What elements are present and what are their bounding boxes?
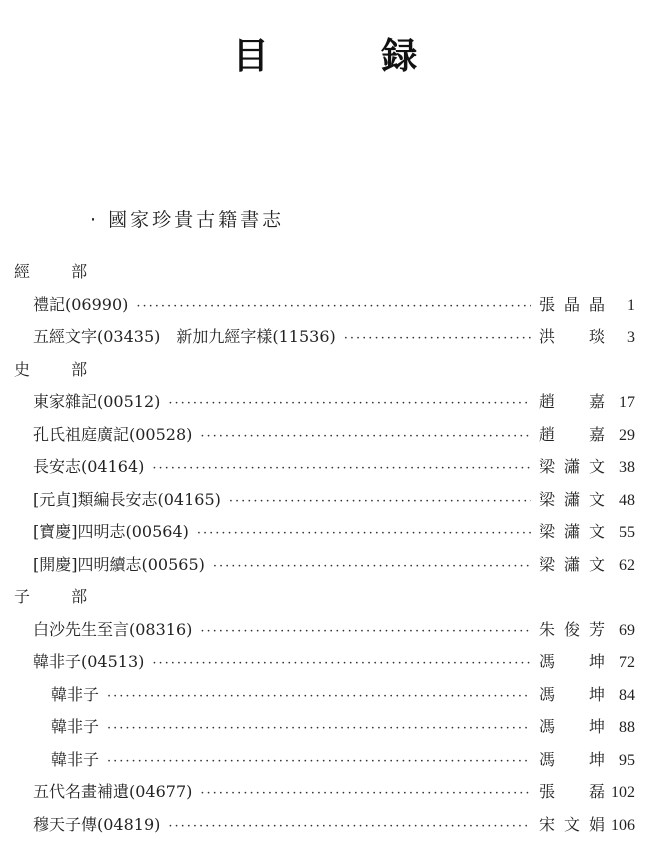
- entry-title: 韓非子: [51, 744, 99, 777]
- toc-entry[interactable]: 孔氏祖庭廣記(00528) 趙 嘉 29: [0, 419, 650, 452]
- entry-author: 馮 坤: [539, 744, 605, 777]
- entry-author: 洪 琰: [539, 321, 605, 354]
- dot-leader: [107, 681, 531, 714]
- entry-author: 馮 坤: [539, 646, 605, 679]
- section-heading-zi: 子 部: [0, 581, 650, 614]
- entry-author: 梁瀟文: [539, 451, 605, 484]
- entry-title: 五代名畫補遺(04677): [33, 776, 192, 809]
- dot-leader: [229, 486, 531, 519]
- toc-subentry[interactable]: 韓非子 馮 坤 88: [0, 711, 650, 744]
- toc-entry[interactable]: 長安志(04164) 梁瀟文 38: [0, 451, 650, 484]
- toc-entry[interactable]: 五代名畫補遺(04677) 張 磊 102: [0, 776, 650, 809]
- toc-entry[interactable]: 五經文字(03435) 新加九經字樣(11536) 洪 琰 3: [0, 321, 650, 354]
- entry-title: 長安志(04164): [33, 451, 144, 484]
- dot-leader: [107, 746, 531, 779]
- dot-leader: [107, 713, 531, 746]
- entry-title: 東家雜記(00512): [33, 386, 160, 419]
- entry-author: 朱俊芳: [539, 614, 605, 647]
- entry-title: 韓非子(04513): [33, 646, 144, 679]
- entry-title: 禮記(06990): [33, 289, 128, 322]
- page-title: 目 録: [0, 28, 650, 79]
- toc-entry[interactable]: [寶慶]四明志(00564) 梁瀟文 55: [0, 516, 650, 549]
- section-heading-shi: 史 部: [0, 354, 650, 387]
- entry-title: [開慶]四明續志(00565): [33, 549, 205, 582]
- entry-page: 3: [605, 322, 635, 355]
- dot-leader: [168, 388, 531, 421]
- toc-subentry[interactable]: 韓非子 馮 坤 95: [0, 744, 650, 777]
- entry-page: 84: [605, 680, 635, 713]
- entry-title: 韓非子: [51, 679, 99, 712]
- entry-author: 梁瀟文: [539, 516, 605, 549]
- entry-page: 48: [605, 485, 635, 518]
- entry-page: 72: [605, 647, 635, 680]
- section-heading-jing: 經 部: [0, 256, 650, 289]
- dot-leader: [200, 778, 531, 811]
- toc-entry[interactable]: 穆天子傳(04819) 宋文娟 106: [0, 809, 650, 842]
- dot-leader: [197, 518, 531, 551]
- entry-page: 38: [605, 452, 635, 485]
- dot-leader: [152, 648, 531, 681]
- entry-page: 29: [605, 420, 635, 453]
- toc-entry[interactable]: 東家雜記(00512) 趙 嘉 17: [0, 386, 650, 419]
- entry-page: 88: [605, 712, 635, 745]
- entry-author: 梁瀟文: [539, 549, 605, 582]
- entry-title: [元貞]類編長安志(04165): [33, 484, 221, 517]
- entry-page: 95: [605, 745, 635, 778]
- dot-leader: [200, 616, 531, 649]
- entry-page: 69: [605, 615, 635, 648]
- entry-author: 趙 嘉: [539, 419, 605, 452]
- entry-page: 17: [605, 387, 635, 420]
- dot-leader: [136, 291, 531, 324]
- entry-title: 孔氏祖庭廣記(00528): [33, 419, 192, 452]
- entry-author: 馮 坤: [539, 711, 605, 744]
- entry-title: 五經文字(03435) 新加九經字樣(11536): [33, 321, 336, 354]
- entry-page: 102: [605, 777, 635, 810]
- entry-title: 穆天子傳(04819): [33, 809, 160, 842]
- entry-page: 1: [605, 290, 635, 323]
- entry-title: [寶慶]四明志(00564): [33, 516, 189, 549]
- toc-entry[interactable]: 韓非子(04513) 馮 坤 72: [0, 646, 650, 679]
- collection-subtitle: · 國家珍貴古籍書志: [90, 205, 284, 232]
- entry-title: 韓非子: [51, 711, 99, 744]
- entry-author: 張晶晶: [539, 289, 605, 322]
- dot-leader: [168, 811, 531, 844]
- toc-subentry[interactable]: 韓非子 馮 坤 84: [0, 679, 650, 712]
- toc-entry[interactable]: [元貞]類編長安志(04165) 梁瀟文 48: [0, 484, 650, 517]
- entry-page: 106: [605, 810, 635, 843]
- entry-page: 62: [605, 550, 635, 583]
- entry-page: 55: [605, 517, 635, 550]
- entry-title: 白沙先生至言(08316): [33, 614, 192, 647]
- entry-author: 宋文娟: [539, 809, 605, 842]
- dot-leader: [152, 453, 531, 486]
- entry-author: 馮 坤: [539, 679, 605, 712]
- dot-leader: [344, 323, 531, 356]
- dot-leader: [213, 551, 531, 584]
- entry-author: 梁瀟文: [539, 484, 605, 517]
- toc-entry[interactable]: [開慶]四明續志(00565) 梁瀟文 62: [0, 549, 650, 582]
- entry-author: 趙 嘉: [539, 386, 605, 419]
- toc-entry[interactable]: 白沙先生至言(08316) 朱俊芳 69: [0, 614, 650, 647]
- table-of-contents: 經 部 禮記(06990) 張晶晶 1 五經文字(03435) 新加九經字樣(1…: [0, 256, 650, 841]
- entry-author: 張 磊: [539, 776, 605, 809]
- toc-entry[interactable]: 禮記(06990) 張晶晶 1: [0, 289, 650, 322]
- dot-leader: [200, 421, 531, 454]
